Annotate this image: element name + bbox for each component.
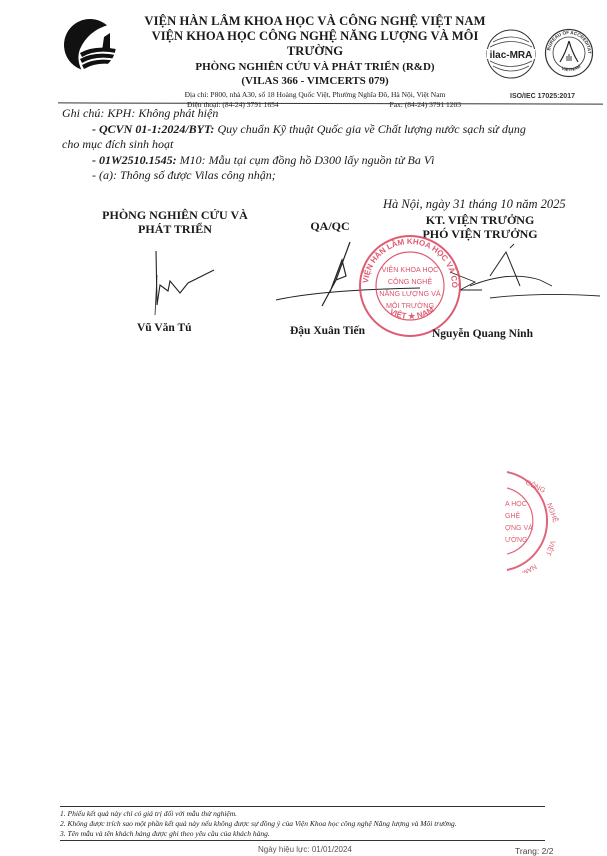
svg-text:GHỆ: GHỆ — [505, 511, 521, 520]
signature-vu-van-tu-icon — [140, 245, 230, 320]
department-name: PHÒNG NGHIÊN CỨU VÀ PHÁT TRIỂN (R&D) — [125, 60, 505, 74]
footer-divider-top — [60, 806, 545, 807]
address: Địa chỉ: P800, nhà A30, số 18 Hoàng Quốc… — [125, 90, 505, 100]
accreditation-codes: (VILAS 366 - VIMCERTS 079) — [125, 74, 505, 88]
svg-text:ƯỜNG: ƯỜNG — [505, 535, 527, 544]
note-code: - QCVN 01-1:2024/BYT: — [92, 122, 214, 136]
svg-text:NĂNG LƯỢNG VÀ: NĂNG LƯỢNG VÀ — [379, 289, 441, 298]
signer-name-qaqc: Đậu Xuân Tiến — [290, 325, 365, 337]
footer-note-1: 1. Phiếu kết quả này chỉ có giá trị đối … — [60, 809, 237, 819]
svg-text:VIỆN KHOA HỌC: VIỆN KHOA HỌC — [382, 265, 439, 274]
note-sample: - 01W2510.1545: M10: Mẫu tại cụm đồng hồ… — [92, 153, 435, 168]
ilac-mra-logo-icon: ilac-MRA — [485, 28, 537, 80]
note-qcvn-cont: cho mục đích sinh hoạt — [62, 137, 173, 152]
svg-text:A HỌC: A HỌC — [505, 501, 527, 508]
iso-standard: ISO/IEC 17025:2017 — [510, 93, 575, 100]
effective-date: Ngày hiệu lực: 01/01/2024 — [258, 845, 352, 854]
signature-title-rnd: PHÒNG NGHIÊN CỨU VÀ PHÁT TRIỂN — [85, 208, 265, 236]
note-kph: KPH: Không phát hiện — [107, 106, 218, 120]
note-vilas: - (a): Thông số được Vilas công nhận; — [92, 168, 276, 183]
title-line: PHÁT TRIỂN — [85, 222, 265, 236]
svg-text:ilac-MRA: ilac-MRA — [490, 50, 533, 61]
svg-text:ỢNG VÀ: ỢNG VÀ — [505, 523, 533, 532]
signer-name-rnd: Vũ Văn Tú — [137, 322, 192, 334]
fax: Fax: (84-24) 3791 1203 — [390, 100, 461, 110]
note-label-line: Ghi chú: KPH: Không phát hiện — [62, 106, 218, 121]
institute-name: VIỆN KHOA HỌC CÔNG NGHỆ NĂNG LƯỢNG VÀ MÔ… — [125, 29, 505, 59]
footer-note-3: 3. Tên mẫu và tên khách hàng được ghi th… — [60, 829, 270, 839]
svg-text:MÔI TRƯỜNG: MÔI TRƯỜNG — [386, 301, 435, 310]
title-line: KT. VIỆN TRƯỞNG — [405, 213, 555, 227]
svg-text:VIETNAM: VIETNAM — [561, 64, 582, 73]
footer-note-2: 2. Không được trích sao một phần kết quả… — [60, 819, 457, 829]
institute-logo-icon — [58, 13, 122, 77]
signer-name-director: Nguyễn Quang Ninh — [432, 328, 533, 340]
note-label: Ghi chú: — [62, 106, 104, 120]
date-line: Hà Nội, ngày 31 tháng 10 năm 2025 — [383, 197, 566, 212]
note-code: - 01W2510.1545: — [92, 153, 177, 167]
svg-text:CÔNG NGHỆ: CÔNG NGHỆ — [388, 277, 433, 286]
note-text: M10: Mẫu tại cụm đồng hồ D300 lấy nguồn … — [177, 153, 435, 167]
academy-name: VIỆN HÀN LÂM KHOA HỌC VÀ CÔNG NGHỆ VIỆT … — [125, 14, 505, 29]
footer-divider-bottom — [60, 840, 545, 841]
svg-text:VIỆT: VIỆT — [544, 539, 558, 557]
overlap-seal-fragment-icon: A HỌC GHỆ ỢNG VÀ ƯỜNG CÔNG NGHỆ VIỆT NAM — [505, 468, 570, 573]
title-line: PHÒNG NGHIÊN CỨU VÀ — [85, 208, 265, 222]
svg-text:CÔNG: CÔNG — [524, 478, 547, 495]
bureau-of-accreditation-logo-icon: BUREAU OF ACCREDITATION VIETNAM — [544, 28, 594, 78]
note-qcvn: - QCVN 01-1:2024/BYT: Quy chuẩn Kỹ thuật… — [92, 122, 526, 137]
signature-title-qaqc: QA/QC — [300, 219, 360, 233]
letterhead: VIỆN HÀN LÂM KHOA HỌC VÀ CÔNG NGHỆ VIỆT … — [125, 14, 505, 110]
note-text: Quy chuẩn Kỹ thuật Quốc gia về Chất lượn… — [214, 122, 525, 136]
page-number: Trang: 2/2 — [515, 846, 553, 856]
official-seal-icon: VIỆN HÀN LÂM KHOA HỌC VÀ CÔNG NGHỆ VIỆT … — [358, 234, 462, 338]
